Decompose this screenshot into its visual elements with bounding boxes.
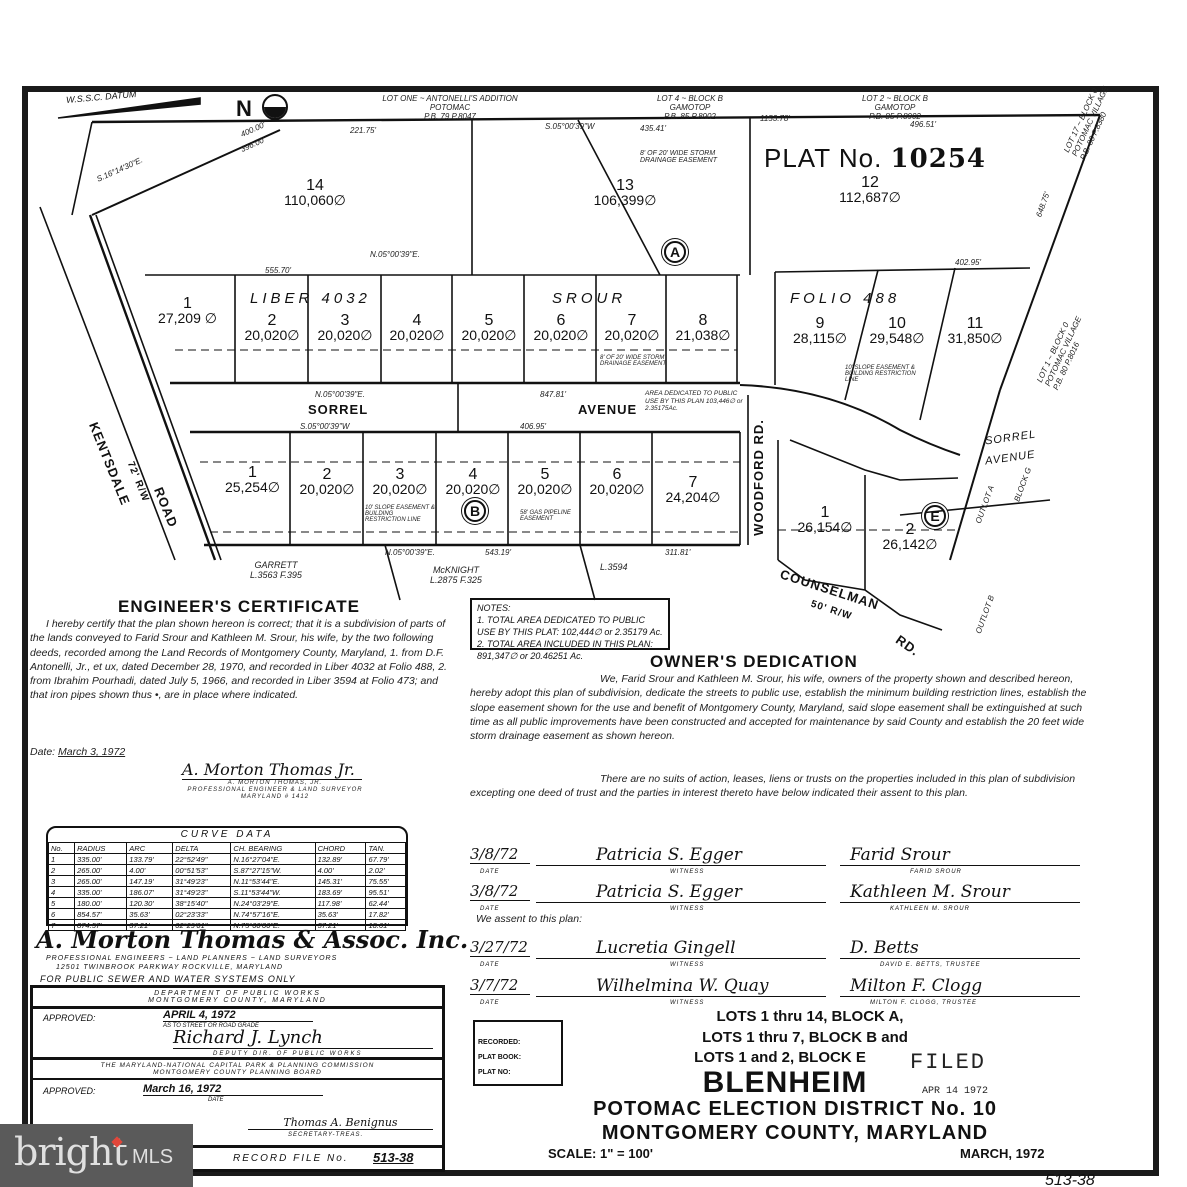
- north-arrow-icon: N: [236, 96, 252, 122]
- mncppc-signature: Thomas A. Benignus: [248, 1116, 433, 1130]
- plat-number: 10254: [891, 144, 986, 174]
- lot-a8: 821,038∅: [668, 313, 738, 343]
- notes-box: NOTES: 1. TOTAL AREA DEDICATED TO PUBLIC…: [470, 598, 670, 650]
- lot-b3: 320,020∅: [364, 467, 436, 497]
- adjoining-top-left: LOT ONE ~ ANTONELLI'S ADDITIONPOTOMACP.B…: [300, 94, 600, 121]
- adjoining-top-mid: LOT 4 ~ BLOCK BGAMOTOPP.B. 85 P.8902: [625, 94, 755, 121]
- bright-mls-watermark: bright MLS: [0, 1124, 193, 1187]
- title-lots-block-a: LOTS 1 thru 14, BLOCK A,: [640, 1008, 980, 1025]
- lot-b5: 520,020∅: [509, 467, 581, 497]
- signature-row: 3/27/72 Lucretia Gingell D. Betts DATE W…: [470, 938, 1080, 960]
- subdivision-name: BLENHEIM: [660, 1066, 910, 1100]
- lot-b2: 220,020∅: [291, 467, 363, 497]
- slope-easement-b: 10' SLOPE EASEMENT & BUILDING RESTRICTIO…: [365, 505, 435, 523]
- firm-name: A. Morton Thomas & Assoc. Inc.: [36, 925, 468, 954]
- bright-logo-text: bright: [14, 1130, 127, 1174]
- dpw-signature: Richard J. Lynch: [173, 1027, 433, 1049]
- owners-dedication-body: We, Farid Srour and Kathleen M. Srour, h…: [470, 672, 1100, 743]
- table-row: 3265.00'147.19'31°49'23"N.11°53'44"E.145…: [49, 876, 406, 887]
- lot-b4: 420,020∅: [437, 467, 509, 497]
- bearing-435: 435.41': [640, 124, 666, 133]
- engineer-date: Date: March 3, 1972: [30, 745, 125, 759]
- lot-e1: 126,154∅: [790, 505, 860, 535]
- filed-date-stamp: APR 14 1972: [922, 1086, 988, 1097]
- lot-a14: 14110,060∅: [260, 178, 370, 208]
- bearing-221: 221.75': [350, 126, 376, 135]
- street-sorrel: SORREL: [308, 402, 368, 417]
- bearing-311: 311.81': [665, 548, 690, 557]
- lot-a12: 12112,687∅: [815, 175, 925, 205]
- lot-a7: 720,020∅: [596, 313, 668, 343]
- lot-b6: 620,020∅: [581, 467, 653, 497]
- lot-a1: 127,209 ∅: [140, 296, 235, 326]
- lot-a9: 928,115∅: [785, 316, 855, 346]
- bearing-n05-sorrel: N.05°00'39"E.: [315, 390, 365, 399]
- table-row: 5180.00'120.30'38°15'40"N.24°03'29"E.117…: [49, 898, 406, 909]
- curve-data-title: CURVE DATA: [48, 828, 406, 842]
- owners-dedication-title: OWNER'S DEDICATION: [650, 652, 858, 672]
- lot-b1: 125,254∅: [215, 465, 290, 495]
- storm-easement-a: 8' OF 20' WIDE STORM DRAINAGE EASEMENT: [640, 150, 730, 164]
- table-row: 4335.00'186.07'31°49'23"S.11°53'44"W.183…: [49, 887, 406, 898]
- scale-label: SCALE: 1" = 100': [548, 1146, 688, 1161]
- bearing-406: 406.95': [520, 422, 546, 431]
- liber-label: LIBER 4032: [250, 290, 371, 307]
- table-row: 1335.00'133.79'22°52'49"N.16°27'04"E.132…: [49, 854, 406, 865]
- bearing-n05-b: N.05°00'39"E.: [385, 548, 435, 557]
- north-symbol-icon: [262, 94, 288, 120]
- lot-a13: 13106,399∅: [570, 178, 680, 208]
- curve-data-table: CURVE DATA No.RADIUSARCDELTACH. BEARINGC…: [46, 826, 408, 926]
- county-state: MONTGOMERY COUNTY, MARYLAND: [560, 1122, 1030, 1145]
- area-dedicated-note: AREA DEDICATED TO PUBLIC USE BY THIS PLA…: [645, 390, 745, 412]
- table-row: 2265.00'4.00'00°51'53"S.87°27'15"W.4.00'…: [49, 865, 406, 876]
- storm-easement-7: 8' OF 20' WIDE STORM DRAINAGE EASEMENT: [600, 355, 670, 367]
- lot-a11: 1131,850∅: [940, 316, 1010, 346]
- lot-a5: 520,020∅: [453, 313, 525, 343]
- adjoining-mcknight: McKNIGHTL.2875 F.325: [430, 565, 482, 585]
- srour-label: SROUR: [552, 290, 626, 307]
- bearing-496: 496.51': [910, 120, 936, 129]
- lot-a10: 1029,548∅: [862, 316, 932, 346]
- bearing-402: 402.95': [955, 258, 981, 267]
- mls-logo-text: MLS: [132, 1146, 173, 1169]
- firm-line-2: 12501 TWINBROOK PARKWAY ROCKVILLE, MARYL…: [56, 964, 283, 971]
- dpw-approval-box: DEPARTMENT OF PUBLIC WORKSMONTGOMERY COU…: [30, 985, 445, 1060]
- dpw-date: APRIL 4, 1972: [163, 1009, 313, 1022]
- bearing-n05-top: N.05°00'39"E.: [370, 250, 420, 259]
- mncppc-header: THE MARYLAND-NATIONAL CAPITAL PARK & PLA…: [33, 1060, 442, 1080]
- dpw-header: DEPARTMENT OF PUBLIC WORKSMONTGOMERY COU…: [33, 988, 442, 1009]
- curve-data-header-row: No.RADIUSARCDELTACH. BEARINGCHORDTAN.: [49, 843, 406, 854]
- adjoining-l3594: L.3594: [600, 562, 628, 572]
- signature-row: 3/7/72 Wilhelmina W. Quay Milton F. Clog…: [470, 976, 1080, 998]
- signature-row: 3/8/72 Patricia S. Egger Farid Srour DAT…: [470, 845, 1080, 867]
- street-avenue: AVENUE: [578, 402, 637, 417]
- lot-a6: 620,020∅: [525, 313, 597, 343]
- table-row: 6854.57'35.63'02°23'33"N.74°57'16"E.35.6…: [49, 909, 406, 920]
- engineer-signer-caption: A. MORTON THOMAS, JR.PROFESSIONAL ENGINE…: [180, 780, 370, 801]
- bearing-847: 847.81': [540, 390, 566, 399]
- lot-a4: 420,020∅: [381, 313, 453, 343]
- block-b-badge: B: [464, 500, 486, 522]
- adjoining-top-right: LOT 2 ~ BLOCK BGAMOTOPP.B. 85 P.8902: [830, 94, 960, 121]
- lot-a2: 220,020∅: [236, 313, 308, 343]
- election-district: POTOMAC ELECTION DISTRICT No. 10: [560, 1098, 1030, 1121]
- bearing-s05-b: S.05°00'39"W: [300, 422, 349, 431]
- gas-easement: 58' GAS PIPELINE EASEMENT: [520, 510, 590, 522]
- record-file-number: 513-38: [373, 1150, 413, 1165]
- block-a-badge: A: [664, 241, 686, 263]
- title-lots-block-b: LOTS 1 thru 7, BLOCK B and: [630, 1029, 980, 1046]
- assent-label: We assent to this plan:: [476, 912, 582, 926]
- owners-dedication-body-2: There are no suits of action, leases, li…: [470, 772, 1100, 801]
- bearing-555: 555.70': [265, 266, 291, 275]
- lot-a3: 320,020∅: [309, 313, 381, 343]
- adjoining-garrett: GARRETTL.3563 F.395: [250, 560, 302, 580]
- slope-easement-a: 10' SLOPE EASEMENT & BUILDING RESTRICTIO…: [845, 365, 925, 383]
- mncppc-date: March 16, 1972: [143, 1083, 323, 1096]
- recorded-box: RECORDED: PLAT BOOK: PLAT NO:: [473, 1020, 563, 1086]
- engineer-signature: A. Morton Thomas Jr.: [182, 760, 362, 780]
- plat-title: PLAT No. 10254: [764, 143, 986, 174]
- title-lots-block-e: LOTS 1 and 2, BLOCK E: [640, 1049, 920, 1066]
- bearing-1153: 1153.78': [760, 114, 790, 123]
- bearing-s05: S.05°00'39"W: [545, 122, 594, 131]
- plat-date: MARCH, 1972: [960, 1146, 1080, 1161]
- engineer-certificate-title: ENGINEER'S CERTIFICATE: [118, 597, 360, 617]
- signature-row: 3/8/72 Patricia S. Egger Kathleen M. Sro…: [470, 882, 1080, 904]
- filed-stamp: FILED: [910, 1050, 986, 1075]
- bearing-543: 543.19': [485, 548, 511, 557]
- folio-label: FOLIO 488: [790, 290, 900, 307]
- firm-line-3: FOR PUBLIC SEWER AND WATER SYSTEMS ONLY: [40, 974, 296, 984]
- street-woodford: WOODFORD RD.: [751, 419, 766, 536]
- block-e-badge: E: [924, 505, 946, 527]
- engineer-certificate-body: I hereby certify that the plan shown her…: [30, 617, 450, 703]
- file-reference: 513-38: [1045, 1172, 1095, 1187]
- firm-line-1: PROFESSIONAL ENGINEERS ~ LAND PLANNERS ~…: [46, 955, 337, 962]
- lot-b7: 724,204∅: [653, 475, 733, 505]
